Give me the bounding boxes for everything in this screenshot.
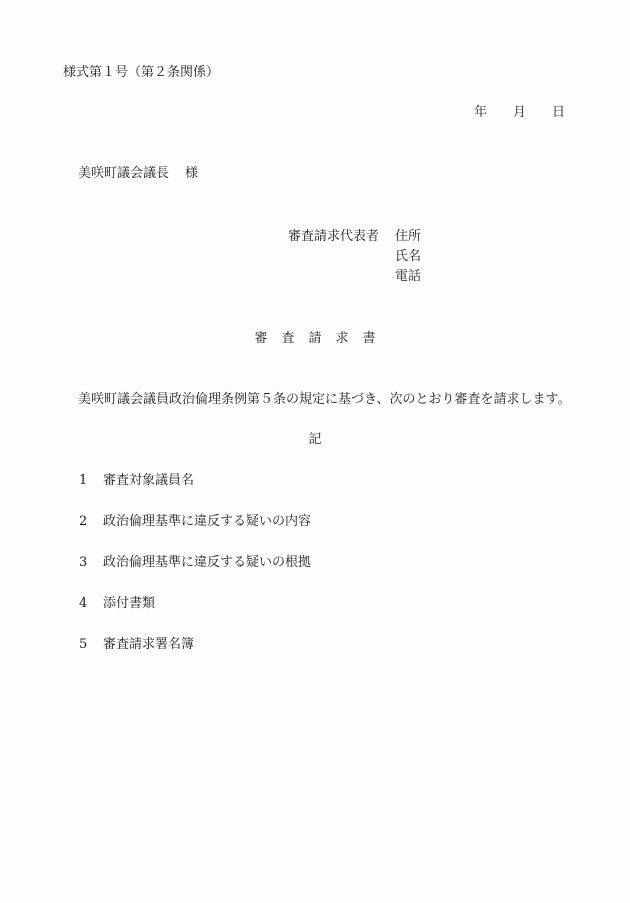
title-char: 書 xyxy=(363,331,376,347)
item-label: 添付書類 xyxy=(103,596,155,611)
item-number: 1 xyxy=(79,473,103,489)
item-label: 審査対象議員名 xyxy=(103,473,194,488)
list-item: 1審査対象議員名 xyxy=(79,473,194,489)
date-year-label: 年 xyxy=(474,105,487,121)
item-number: 2 xyxy=(79,514,103,530)
date-month-label: 月 xyxy=(513,105,526,121)
addressee-honorific: 様 xyxy=(185,166,198,181)
document-title: 審査請求書 xyxy=(0,331,630,347)
ki-heading: 記 xyxy=(0,432,630,448)
date-day-label: 日 xyxy=(552,105,565,121)
addressee: 美咲町議会議長様 xyxy=(78,166,198,182)
item-number: 4 xyxy=(79,596,103,612)
title-char: 請 xyxy=(308,331,321,347)
representative-address-label: 住所 xyxy=(395,229,421,245)
item-number: 3 xyxy=(79,555,103,571)
title-char: 審 xyxy=(254,331,267,347)
addressee-name: 美咲町議会議長 xyxy=(78,166,169,181)
list-item: 4添付書類 xyxy=(79,596,155,612)
item-number: 5 xyxy=(79,637,103,653)
title-char: 査 xyxy=(281,331,294,347)
item-label: 政治倫理基準に違反する疑いの根拠 xyxy=(103,555,311,570)
list-item: 5審査請求署名簿 xyxy=(79,637,194,653)
representative-phone-label: 電話 xyxy=(395,269,421,285)
representative-name-label: 氏名 xyxy=(395,249,421,265)
date-line: 年月日 xyxy=(474,105,565,121)
list-item: 2政治倫理基準に違反する疑いの内容 xyxy=(79,514,311,530)
body-text: 美咲町議会議員政治倫理条例第５条の規定に基づき、次のとおり審査を請求します。 xyxy=(78,392,570,408)
list-item: 3政治倫理基準に違反する疑いの根拠 xyxy=(79,555,311,571)
representative-label: 審査請求代表者 xyxy=(288,229,379,245)
title-char: 求 xyxy=(336,331,349,347)
item-label: 政治倫理基準に違反する疑いの内容 xyxy=(103,514,311,529)
form-number: 様式第１号（第２条関係） xyxy=(63,65,219,81)
item-label: 審査請求署名簿 xyxy=(103,637,194,652)
